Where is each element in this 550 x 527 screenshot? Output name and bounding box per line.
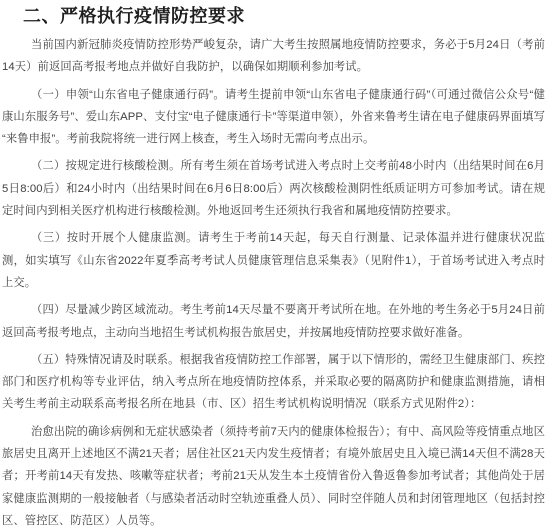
item-4-reduce-travel-paragraph: （四）尽量减少跨区域流动。考生考前14天尽量不要离开考试所在地。在外地的考生务必… [2, 299, 545, 344]
epidemic-prevention-article: 二、严格执行疫情防控要求 当前国内新冠肺炎疫情防控形势严峻复杂，请广大考生按照属… [0, 0, 550, 527]
section-heading: 二、严格执行疫情防控要求 [23, 5, 545, 27]
item-1-health-code-paragraph: （一）申领“山东省电子健康通行码”。请考生提前申领“山东省电子健康通行码”（可通… [2, 84, 545, 151]
item-5-special-cases-paragraph: （五）特殊情况请及时联系。根据我省疫情防控工作部署，属于以下情形的，需经卫生健康… [2, 349, 545, 416]
intro-paragraph: 当前国内新冠肺炎疫情防控形势严峻复杂，请广大考生按照属地疫情防控要求，务必于5月… [2, 34, 545, 79]
special-cases-list-paragraph: 治愈出院的确诊病例和无症状感染者（须持考前7天内的健康体检报告）；有中、高风险等… [2, 421, 545, 527]
item-3-health-monitoring-paragraph: （三）按时开展个人健康监测。请考生于考前14天起，每天自行测量、记录体温并进行健… [2, 227, 545, 294]
item-2-nucleic-acid-test-paragraph: （二）按规定进行核酸检测。所有考生须在首场考试进入考点时上交考前48小时内（出结… [2, 155, 545, 222]
